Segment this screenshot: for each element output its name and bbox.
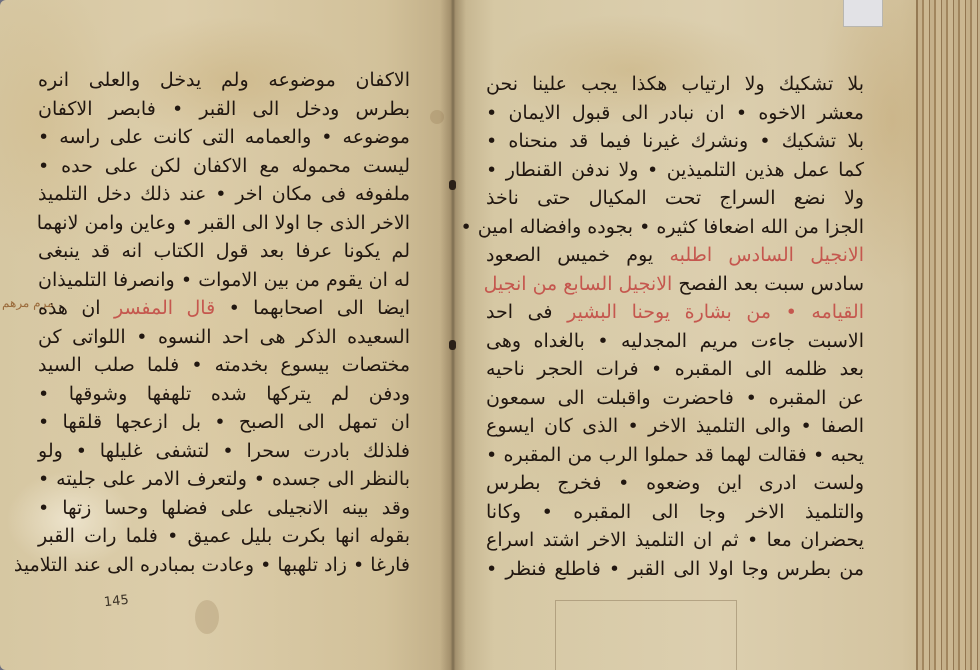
left-page-text: الاكفان موضوعه ولم يدخل والعلى انره بطرس…	[38, 66, 410, 579]
text-line: ان تمهل الى الصبح • بل ازعجها قلقها •	[38, 408, 410, 437]
line-text: يحبه • فقالت لهما قد حملوا الرب من المقب…	[486, 444, 864, 466]
text-line: ملفوفه فى مكان اخر • عند ذلك دخل التلميذ	[38, 180, 410, 209]
binding-stitch	[449, 340, 456, 350]
text-line: الاسبت جاءت مريم المجدليه • بالغداه وهى	[486, 327, 864, 356]
line-text: الجزا من الله اضعافا كثيره • بجوده وافضا…	[461, 216, 864, 238]
text-line: والتلميذ الاخر وجا الى المقبره • وكانا	[486, 498, 864, 527]
line-text: ان هذه	[38, 297, 101, 319]
line-text: يوم خميس الصعود	[486, 244, 653, 266]
text-line: الاكفان موضوعه ولم يدخل والعلى انره	[38, 66, 410, 95]
archive-tab	[843, 0, 883, 27]
line-text: ودفن لم يتركها شده تلهفها وشوقها •	[38, 383, 410, 405]
text-line: السعيده الذكر هى احد النسوه • اللواتى كن	[38, 323, 410, 352]
line-text: فلذلك بادرت سحرا • لتشفى غليلها • ولو	[38, 440, 410, 462]
text-line: بالنظر الى جسده • ولتعرف الامر على جليته…	[38, 465, 410, 494]
folio-number: 145	[103, 593, 129, 611]
text-line: الانجيل السادس اطلبه يوم خميس الصعود	[486, 241, 864, 270]
line-text: الاخر الذى جا اولا الى القبر • وعاين وام…	[37, 212, 410, 234]
line-text: فى احد	[486, 301, 553, 323]
text-line: الصفا • والى التلميذ الاخر • الذى كان اي…	[486, 412, 864, 441]
text-line: ولا نضع السراج تحت المكيال حتى ناخذ	[486, 184, 864, 213]
text-line: من بطرس وجا اولا الى القبر • فاطلع فنظر …	[486, 555, 864, 584]
line-text: وقد بينه الانجيلى على فضلها وحسا زتها •	[38, 497, 410, 519]
text-line: كما عمل هذين التلميذين • ولا ندفن القنطا…	[486, 156, 864, 185]
line-text: عن المقبره • فاحضرت واقبلت الى سمعون	[486, 387, 864, 409]
line-text: مختصات بيسوع بخدمته • فلما صلب السيد	[38, 354, 410, 376]
line-text: بلا تشكيك • ونشرك غيرنا فيما قد منحناه •	[486, 130, 864, 152]
text-line: الجزا من الله اضعافا كثيره • بجوده وافضا…	[486, 213, 864, 242]
line-text: سادس سبت بعد الفصح	[678, 273, 864, 295]
text-line: ليست محموله مع الاكفان لكن على حده •	[38, 152, 410, 181]
rubric-text: الانجيل السادس اطلبه	[670, 244, 865, 266]
binding-stitch	[449, 180, 456, 190]
line-text: يحضران معا • ثم ان التلميذ الاخر اشتد اس…	[486, 529, 864, 551]
rubric-text: قال المفسر	[114, 297, 215, 319]
line-text: الصفا • والى التلميذ الاخر • الذى كان اي…	[486, 415, 864, 437]
text-line: بقوله انها بكرت بليل عميق • فلما رات الق…	[38, 522, 410, 551]
rubric-text: الانجيل السابع من انجيل	[484, 273, 673, 295]
text-line: بعد ظلمه الى المقبره • فرات الحجر ناحيه	[486, 355, 864, 384]
paper-repair-patch	[555, 600, 737, 670]
text-line: يحضران معا • ثم ان التلميذ الاخر اشتد اس…	[486, 526, 864, 555]
line-text: بالنظر الى جسده • ولتعرف الامر على جليته…	[38, 468, 410, 490]
text-line: لم يكونا عرفا بعد قول الكتاب انه قد ينبغ…	[38, 237, 410, 266]
line-text: له ان يقوم من بين الاموات • وانصرفا التل…	[38, 269, 410, 291]
text-line: عن المقبره • فاحضرت واقبلت الى سمعون	[486, 384, 864, 413]
line-text: ولست ادرى اين وضعوه • فخرج بطرس	[486, 472, 864, 494]
left-page: مرم مرهم الاكفان موضوعه ولم يدخل والعلى …	[0, 0, 452, 670]
text-line: سادس سبت بعد الفصح الانجيل السابع من انج…	[486, 270, 864, 299]
line-text: كما عمل هذين التلميذين • ولا ندفن القنطا…	[486, 159, 864, 181]
text-line: ولست ادرى اين وضعوه • فخرج بطرس	[486, 469, 864, 498]
text-line: بطرس ودخل الى القبر • فابصر الاكفان	[38, 95, 410, 124]
line-text: بعد ظلمه الى المقبره • فرات الحجر ناحيه	[486, 358, 864, 380]
line-text: لم يكونا عرفا بعد قول الكتاب انه قد ينبغ…	[38, 240, 410, 262]
text-line: له ان يقوم من بين الاموات • وانصرفا التل…	[38, 266, 410, 295]
line-text: ولا نضع السراج تحت المكيال حتى ناخذ	[486, 187, 864, 209]
text-line: معشر الاخوه • ان نبادر الى قبول الايمان …	[486, 99, 864, 128]
line-text: السعيده الذكر هى احد النسوه • اللواتى كن	[38, 326, 410, 348]
line-text: ملفوفه فى مكان اخر • عند ذلك دخل التلميذ	[38, 183, 410, 205]
text-line: بلا تشكيك ولا ارتياب هكذا يجب علينا نحن	[486, 70, 864, 99]
line-text: والتلميذ الاخر وجا الى المقبره • وكانا	[486, 501, 864, 523]
text-line: بلا تشكيك • ونشرك غيرنا فيما قد منحناه •	[486, 127, 864, 156]
text-line: ايضا الى اصحابهما • قال المفسر ان هذه	[38, 294, 410, 323]
line-text: الاكفان موضوعه ولم يدخل والعلى انره	[38, 69, 410, 91]
manuscript-spread: مرم مرهم الاكفان موضوعه ولم يدخل والعلى …	[0, 0, 980, 670]
rubric-text: القيامه • من بشارة يوحنا البشير	[567, 301, 864, 323]
line-text: ليست محموله مع الاكفان لكن على حده •	[38, 155, 410, 177]
text-line: الاخر الذى جا اولا الى القبر • وعاين وام…	[38, 209, 410, 238]
line-text: موضوعه • والعمامه التى كانت على راسه •	[38, 126, 410, 148]
line-text: معشر الاخوه • ان نبادر الى قبول الايمان …	[486, 102, 864, 124]
right-page: بلا تشكيك ولا ارتياب هكذا يجب علينا نحن …	[452, 0, 980, 670]
line-text: ايضا الى اصحابهما •	[229, 297, 410, 319]
line-text: بطرس ودخل الى القبر • فابصر الاكفان	[38, 98, 410, 120]
book-gutter	[440, 0, 466, 670]
text-line: فلذلك بادرت سحرا • لتشفى غليلها • ولو	[38, 437, 410, 466]
line-text: بقوله انها بكرت بليل عميق • فلما رات الق…	[38, 525, 410, 547]
text-line: فارغا • زاد تلهبها • وعادت بمبادره الى ع…	[38, 551, 410, 580]
stain	[195, 600, 219, 634]
line-text: بلا تشكيك ولا ارتياب هكذا يجب علينا نحن	[486, 73, 864, 95]
line-text: الاسبت جاءت مريم المجدليه • بالغداه وهى	[486, 330, 864, 352]
line-text: فارغا • زاد تلهبها • وعادت بمبادره الى ع…	[14, 554, 410, 576]
page-edges	[916, 0, 980, 670]
line-text: ان تمهل الى الصبح • بل ازعجها قلقها •	[38, 411, 410, 433]
text-line: يحبه • فقالت لهما قد حملوا الرب من المقب…	[486, 441, 864, 470]
text-line: مختصات بيسوع بخدمته • فلما صلب السيد	[38, 351, 410, 380]
text-line: القيامه • من بشارة يوحنا البشير فى احد	[486, 298, 864, 327]
line-text: من بطرس وجا اولا الى القبر • فاطلع فنظر …	[486, 558, 864, 580]
right-page-text: بلا تشكيك ولا ارتياب هكذا يجب علينا نحن …	[486, 70, 864, 583]
text-line: ودفن لم يتركها شده تلهفها وشوقها •	[38, 380, 410, 409]
text-line: موضوعه • والعمامه التى كانت على راسه •	[38, 123, 410, 152]
text-line: وقد بينه الانجيلى على فضلها وحسا زتها •	[38, 494, 410, 523]
